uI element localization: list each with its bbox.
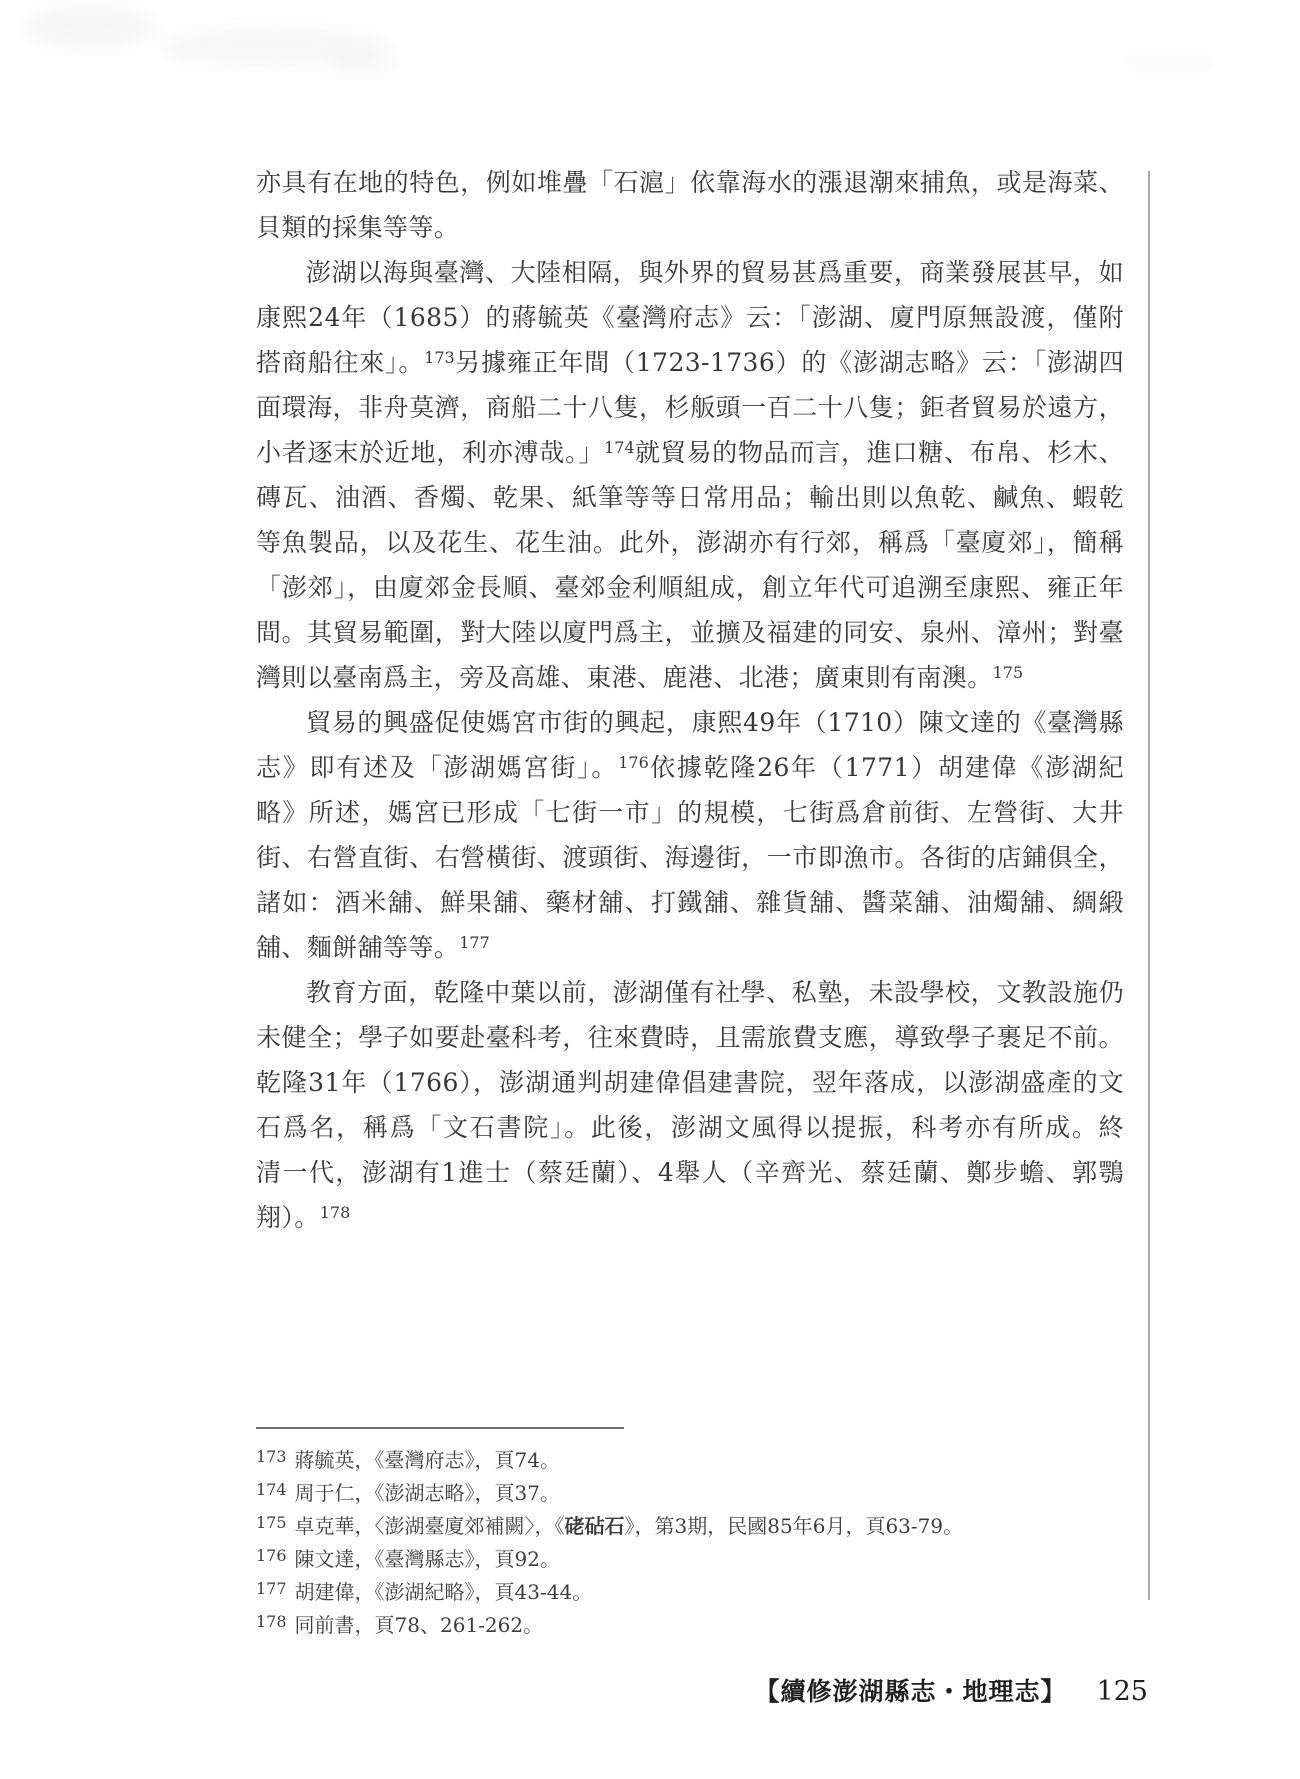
scan-smudge [25, 6, 155, 48]
body-line: 諸如：酒米舖、鮮果舖、藥材舖、打鐵舖、雜貨舖、醬菜舖、油燭舖、綢緞 [256, 880, 1124, 925]
main-text-block: 亦具有在地的特色，例如堆疊「石滬」依靠海水的漲退潮來捕魚，或是海菜、貝類的採集等… [256, 160, 1124, 1240]
footnote-text: 卓克華，〈澎湖臺廈郊補闕〉，《硓砧石》，第3期，民國85年6月，頁63-79。 [295, 1514, 964, 1538]
scan-smudge [1120, 55, 1220, 71]
footnote-reference: 175 [993, 663, 1024, 682]
paragraph-4: 教育方面，乾隆中葉以前，澎湖僅有社學、私塾，未設學校，文教設施仍未健全；學子如要… [256, 970, 1124, 1240]
body-line: 搭商船往來」。173另據雍正年間（1723-1736）的《澎湖志略》云：「澎湖四 [256, 340, 1124, 385]
body-line: 舖、麵餅舖等等。177 [256, 925, 1124, 970]
paragraph-3: 貿易的興盛促使媽宮市街的興起，康熙49年（1710）陳文達的《臺灣縣志》即有述及… [256, 700, 1124, 970]
body-line: 灣則以臺南爲主，旁及高雄、東港、鹿港、北港；廣東則有南澳。175 [256, 655, 1124, 700]
footnote-item-175: 175卓克華，〈澎湖臺廈郊補闕〉，《硓砧石》，第3期，民國85年6月，頁63-7… [256, 1506, 1136, 1539]
footnote-number: 174 [256, 1480, 287, 1499]
body-line: 街、右營直街、右營橫街、渡頭街、海邊街，一市即漁市。各街的店鋪俱全， [256, 835, 1124, 880]
body-line: 亦具有在地的特色，例如堆疊「石滬」依靠海水的漲退潮來捕魚，或是海菜、 [256, 160, 1124, 205]
body-line: 間。其貿易範圍，對大陸以廈門爲主，並擴及福建的同安、泉州、漳州；對臺 [256, 610, 1124, 655]
body-line: 「澎郊」，由廈郊金長順、臺郊金利順組成，創立年代可追溯至康熙、雍正年 [256, 565, 1124, 610]
body-line: 志》即有述及「澎湖媽宮街」。176依據乾隆26年（1771）胡建偉《澎湖紀 [256, 745, 1124, 790]
body-line: 澎湖以海與臺灣、大陸相隔，與外界的貿易甚爲重要，商業發展甚早，如 [256, 250, 1124, 295]
body-line: 康熙24年（1685）的蔣毓英《臺灣府志》云：「澎湖、廈門原無設渡，僅附 [256, 295, 1124, 340]
footnote-item-178: 178同前書，頁78、261-262。 [256, 1605, 1136, 1638]
paragraph-1: 亦具有在地的特色，例如堆疊「石滬」依靠海水的漲退潮來捕魚，或是海菜、貝類的採集等… [256, 160, 1124, 250]
footnote-text: 蔣毓英，《臺灣府志》，頁74。 [295, 1448, 560, 1472]
footnote-reference: 176 [618, 753, 649, 772]
scanned-book-page: { "page": { "kind": "scanned book page",… [0, 0, 1300, 1779]
body-line: 貝類的採集等等。 [256, 205, 1124, 250]
body-line: 石爲名，稱爲「文石書院」。此後，澎湖文風得以提振，科考亦有所成。終 [256, 1105, 1124, 1150]
journal-title-bold: 硓砧石 [565, 1514, 625, 1538]
body-line: 略》所述，媽宮已形成「七街一市」的規模，七街爲倉前街、左營街、大井 [256, 790, 1124, 835]
body-line: 磚瓦、油酒、香燭、乾果、紙筆等等日常用品；輸出則以魚乾、鹹魚、蝦乾 [256, 475, 1124, 520]
body-line: 翔）。178 [256, 1195, 1124, 1240]
body-line: 小者逐末於近地，利亦溥哉。」174就貿易的物品而言，進口糖、布帛、杉木、 [256, 430, 1124, 475]
footnote-item-176: 176陳文達，《臺灣縣志》，頁92。 [256, 1539, 1136, 1572]
footnote-number: 173 [256, 1447, 287, 1466]
footnote-text: 陳文達，《臺灣縣志》，頁92。 [295, 1547, 560, 1571]
footer-book-title: 【續修澎湖縣志・地理志】 [754, 1672, 1066, 1708]
footnote-number: 178 [256, 1612, 287, 1631]
footnote-text: 周于仁，《澎湖志略》，頁37。 [295, 1481, 560, 1505]
footnote-reference: 173 [424, 348, 455, 367]
body-line: 教育方面，乾隆中葉以前，澎湖僅有社學、私塾，未設學校，文教設施仍 [256, 970, 1124, 1015]
footnote-number: 177 [256, 1579, 287, 1598]
body-line: 乾隆31年（1766），澎湖通判胡建偉倡建書院，翌年落成，以澎湖盛產的文 [256, 1060, 1124, 1105]
right-margin-line [1148, 171, 1150, 1600]
footnotes-block: 173蔣毓英，《臺灣府志》，頁74。174周于仁，《澎湖志略》，頁37。175卓… [256, 1440, 1136, 1638]
footnote-text: 胡建偉，《澎湖紀略》，頁43-44。 [295, 1580, 593, 1604]
paragraph-2: 澎湖以海與臺灣、大陸相隔，與外界的貿易甚爲重要，商業發展甚早，如康熙24年（16… [256, 250, 1124, 700]
page-footer: 【續修澎湖縣志・地理志】 125 [754, 1672, 1148, 1708]
body-line: 未健全；學子如要赴臺科考，往來費時，且需旅費支應，導致學子裹足不前。 [256, 1015, 1124, 1060]
body-line: 等魚製品，以及花生、花生油。此外，澎湖亦有行郊，稱爲「臺廈郊」，簡稱 [256, 520, 1124, 565]
footnote-item-174: 174周于仁，《澎湖志略》，頁37。 [256, 1473, 1136, 1506]
footnote-item-177: 177胡建偉，《澎湖紀略》，頁43-44。 [256, 1572, 1136, 1605]
footnote-reference: 174 [604, 438, 635, 457]
footer-page-number: 125 [1096, 1676, 1148, 1707]
footnote-text: 同前書，頁78、261-262。 [295, 1613, 544, 1637]
footnote-reference: 178 [320, 1203, 351, 1222]
footnote-separator-rule [256, 1427, 624, 1429]
footnote-reference: 177 [459, 933, 490, 952]
body-line: 清一代，澎湖有1進士（蔡廷蘭）、4舉人（辛齊光、蔡廷蘭、鄭步蟾、郭鶚 [256, 1150, 1124, 1195]
footnote-number: 176 [256, 1546, 287, 1565]
footnote-item-173: 173蔣毓英，《臺灣府志》，頁74。 [256, 1440, 1136, 1473]
scan-smudge [330, 55, 400, 73]
footnote-number: 175 [256, 1513, 287, 1532]
body-line: 面環海，非舟莫濟，商船二十八隻，杉舨頭一百二十八隻；鉅者貿易於遠方， [256, 385, 1124, 430]
body-line: 貿易的興盛促使媽宮市街的興起，康熙49年（1710）陳文達的《臺灣縣 [256, 700, 1124, 745]
